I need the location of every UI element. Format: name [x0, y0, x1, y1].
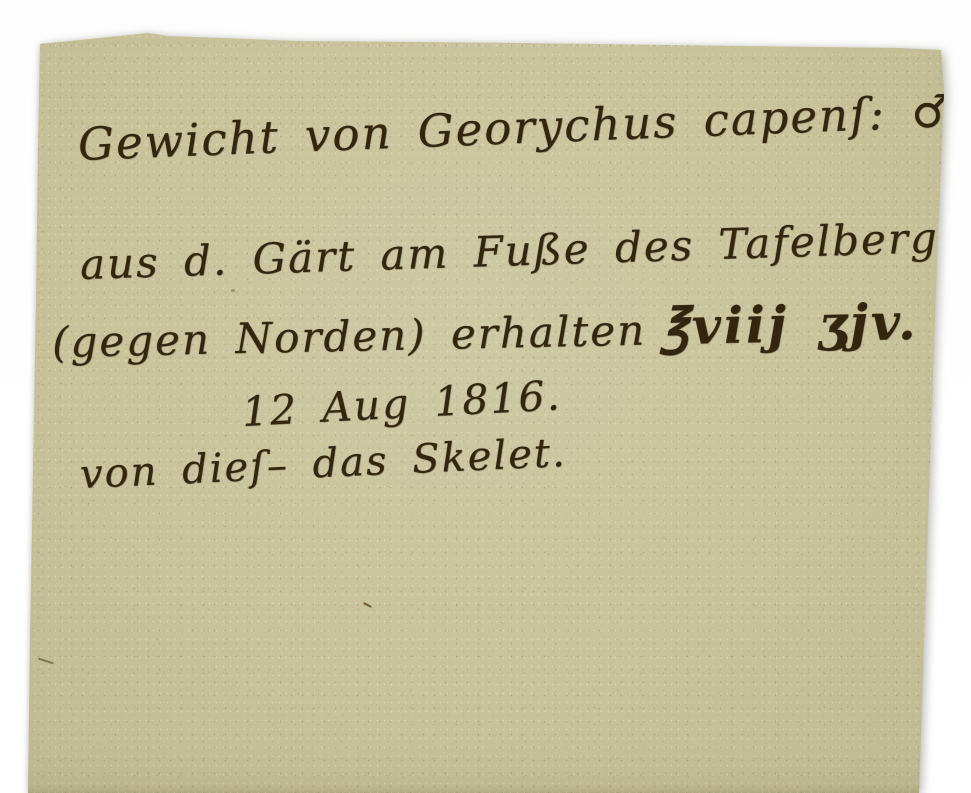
handwriting-line-1: Gewicht von Georychus capenſ: ♂: [77, 84, 954, 171]
paper-shadow-wrap: Gewicht von Georychus capenſ: ♂ aus d. G…: [0, 0, 971, 793]
scan-background: Gewicht von Georychus capenſ: ♂ aus d. G…: [0, 0, 971, 793]
apothecary-weight-amount: ℥viij ʒjv.: [659, 292, 919, 356]
paper-fiber: [363, 602, 372, 608]
handwriting-text: (gegen Norden) erhalten: [52, 306, 647, 367]
handwriting-text: Gewicht von Georychus capenſ: ♂: [77, 84, 954, 171]
paper-sheet: Gewicht von Georychus capenſ: ♂ aus d. G…: [0, 0, 971, 793]
handwriting-line-5: von dieſ– das Skelet.: [79, 430, 568, 498]
handwriting-line-2: aus d. Gärt am Fuße des Tafelberg(: [79, 212, 958, 289]
handwriting-text: von dieſ– das Skelet.: [79, 430, 568, 498]
handwriting-line-date: 12 Aug 1816.: [241, 371, 563, 436]
handwriting-text: aus d. Gärt am Fuße des Tafelberg(: [79, 212, 958, 289]
date-text: 12 Aug 1816.: [241, 371, 563, 436]
handwriting-line-3: (gegen Norden) erhalten℥viij ʒjv.: [51, 292, 919, 369]
paper-speck: [231, 289, 235, 292]
paper-crack: [38, 658, 54, 664]
